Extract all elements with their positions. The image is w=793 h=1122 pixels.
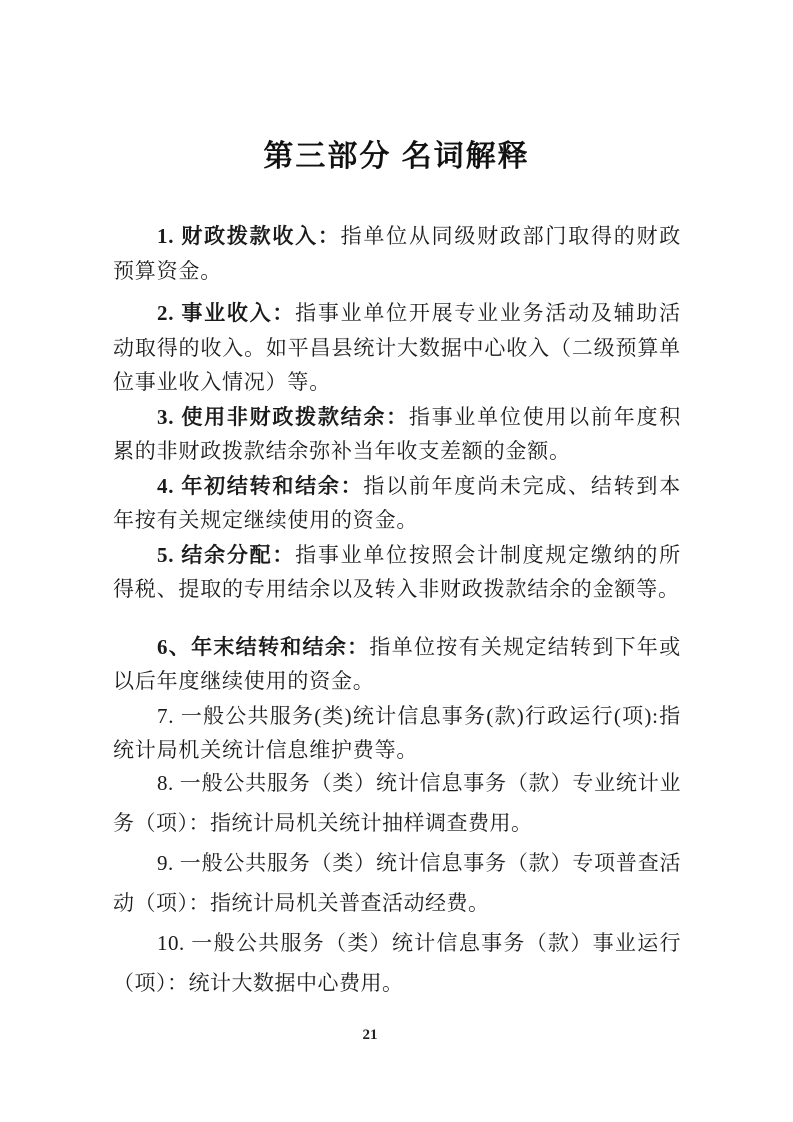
glossary-item-10: 10. 一般公共服务（类）统计信息事务（款）事业运行（项）：统计大数据中心费用。	[113, 923, 681, 1003]
glossary-item-1: 1. 财政拨款收入：指单位从同级财政部门取得的财政预算资金。	[113, 219, 681, 288]
glossary-item-3: 3. 使用非财政拨款结余：指事业单位使用以前年度积累的非财政拨款结余弥补当年收支…	[113, 400, 681, 469]
glossary-body: 1. 财政拨款收入：指单位从同级财政部门取得的财政预算资金。 2. 事业收入：指…	[113, 219, 681, 1003]
glossary-item-6: 6、年末结转和结余：指单位按有关规定结转到下年或以后年度继续使用的资金。	[113, 630, 681, 699]
term-text: 1. 财政拨款收入：	[157, 224, 341, 248]
glossary-item-9: 9. 一般公共服务（类）统计信息事务（款）专项普查活动（项）：指统计局机关普查活…	[113, 843, 681, 923]
term-text: 7. 一般公共服务(类)统计信息事务(款)行政运行(项):	[157, 704, 659, 728]
definition-text: 指统计局机关统计抽样调查费用。	[210, 811, 533, 835]
definition-text: 指统计局机关普查活动经费。	[210, 891, 490, 915]
glossary-item-2: 2. 事业收入：指事业单位开展专业业务活动及辅助活动取得的收入。如平昌县统计大数…	[113, 296, 681, 400]
term-text: 3. 使用非财政拨款结余：	[157, 405, 409, 429]
page-number: 21	[340, 1027, 400, 1044]
glossary-item-4: 4. 年初结转和结余：指以前年度尚未完成、结转到本年按有关规定继续使用的资金。	[113, 469, 681, 538]
term-text: 6、年末结转和结余：	[157, 635, 369, 659]
glossary-item-8: 8. 一般公共服务（类）统计信息事务（款）专业统计业务（项）：指统计局机关统计抽…	[113, 763, 681, 843]
section-title: 第三部分 名词解释	[0, 131, 793, 175]
glossary-item-7: 7. 一般公共服务(类)统计信息事务(款)行政运行(项):指统计局机关统计信息维…	[113, 699, 681, 768]
glossary-item-5: 5. 结余分配：指事业单位按照会计制度规定缴纳的所得税、提取的专用结余以及转入非…	[113, 538, 681, 607]
definition-text: 统计大数据中心费用。	[189, 971, 404, 995]
document-page: 第三部分 名词解释 1. 财政拨款收入：指单位从同级财政部门取得的财政预算资金。…	[0, 0, 793, 1122]
term-text: 2. 事业收入：	[157, 301, 295, 325]
term-text: 5. 结余分配：	[157, 543, 295, 567]
term-text: 4. 年初结转和结余：	[157, 474, 363, 498]
